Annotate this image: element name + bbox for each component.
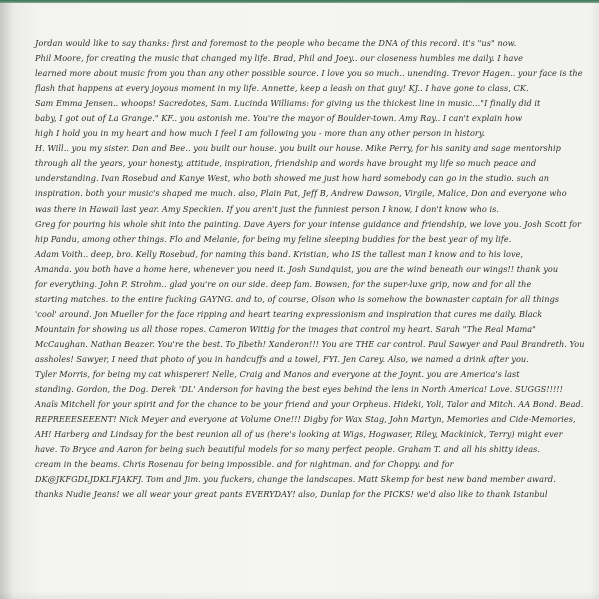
note-line: Amanda. you both have a home here, whene… <box>35 262 593 277</box>
note-line: Tyler Morris, for being my cat whisperer… <box>35 367 593 382</box>
note-line: 'cool' around. Jon Mueller for the face … <box>35 307 593 322</box>
page-bottom-shadow <box>0 591 599 599</box>
note-line: understanding. Ivan Rosebud and Kanye We… <box>35 171 593 186</box>
note-line: have. To Bryce and Aaron for being such … <box>35 442 593 457</box>
note-line: Greg for pouring his whole shit into the… <box>35 217 593 232</box>
note-line: Jordan would like to say thanks: first a… <box>35 36 593 51</box>
note-line: thanks Nudie Jeans! we all wear your gre… <box>35 487 593 502</box>
note-line: baby, I got out of La Grange." KF.. you … <box>35 111 593 126</box>
note-line: for everything. John P. Strohm.. glad yo… <box>35 277 593 292</box>
note-line: standing. Gordon, the Dog. Derek 'DL' An… <box>35 382 593 397</box>
note-line: REPREEESEEENT! Nick Meyer and everyone a… <box>35 412 593 427</box>
note-line: Phil Moore, for creating the music that … <box>35 51 593 66</box>
note-line: through all the years, your honesty, att… <box>35 156 593 171</box>
note-line: DK@JKFGDLJDKLFJAKFJ. Tom and Jim. you fu… <box>35 472 593 487</box>
handwritten-thank-you-notes: Jordan would like to say thanks: first a… <box>35 36 595 502</box>
liner-notes-page: Jordan would like to say thanks: first a… <box>0 0 599 599</box>
note-line: high I hold you in my heart and how much… <box>35 126 593 141</box>
note-line: flash that happens at every joyous momen… <box>35 81 593 96</box>
note-line: McCaughan. Nathan Beazer. You're the bes… <box>35 337 593 352</box>
note-line: H. Will.. you my sister. Dan and Bee.. y… <box>35 141 593 156</box>
note-line: Mountain for showing us all those ropes.… <box>35 322 593 337</box>
note-line: AH! Harberg and Lindsay for the best reu… <box>35 427 593 442</box>
cover-edge-strip <box>0 0 599 3</box>
note-line: assholes! Sawyer, I need that photo of y… <box>35 352 593 367</box>
note-line: starting matches. to the entire fucking … <box>35 292 593 307</box>
note-line: Sam Emma Jensen.. whoops! Sacredotes, Sa… <box>35 96 593 111</box>
note-line: inspiration. both your music's shaped me… <box>35 186 593 201</box>
note-line: cream in the beams. Chris Rosenau for be… <box>35 457 593 472</box>
spine-shadow <box>0 3 14 599</box>
note-line: learned more about music from you than a… <box>35 66 593 81</box>
note-line: hip Pandu, among other things. Flo and M… <box>35 232 593 247</box>
note-line: Anaïs Mitchell for your spirit and for t… <box>35 397 593 412</box>
note-line: was there in Hawaii last year. Amy Speck… <box>35 202 593 217</box>
note-line: Adam Voith.. deep, bro. Kelly Rosebud, f… <box>35 247 593 262</box>
